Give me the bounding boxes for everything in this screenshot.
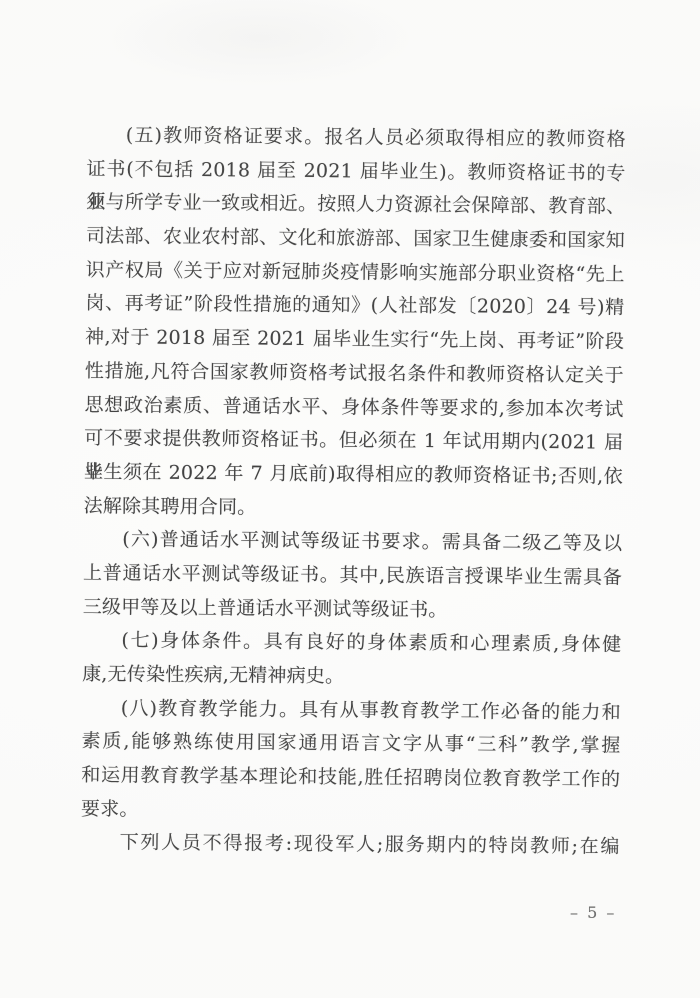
text-line: 康,无传染性疾病,无精神病史。	[82, 658, 621, 696]
text-line: 司法部、农业农村部、文化和旅游部、国家卫生健康委和国家知	[86, 220, 625, 258]
text-line: 须与所学专业一致或相近。按照人力资源社会保障部、教育部、	[86, 186, 625, 224]
text-line: (七)身体条件。具有良好的身体素质和心理素质,身体健	[82, 624, 621, 662]
page-number: – 5 –	[570, 903, 616, 922]
text-line: 证书(不包括 2018 届至 2021 届毕业生)。教师资格证书的专业	[86, 153, 625, 191]
text-line: 性措施,凡符合国家教师资格考试报名条件和教师资格认定关于	[85, 355, 624, 393]
text-line: (六)普通话水平测试等级证书要求。需具备二级乙等及以	[83, 523, 622, 561]
text-line: 下列人员不得报考:现役军人;服务期内的特岗教师;在编	[81, 826, 620, 864]
text-line: 识产权局《关于应对新冠肺炎疫情影响实施部分职业资格“先上	[86, 254, 625, 292]
text-line: 法解除其聘用合同。	[83, 490, 622, 528]
text-line: 思想政治素质、普通话水平、身体条件等要求的,参加本次考试	[84, 388, 623, 426]
text-line: 业生须在 2022 年 7 月底前)取得相应的教师资格证书;否则,依	[84, 456, 623, 494]
text-line: (八)教育教学能力。具有从事教育教学工作必备的能力和	[82, 692, 621, 730]
document-body: (五)教师资格证要求。报名人员必须取得相应的教师资格证书(不包括 2018 届至…	[81, 119, 626, 865]
text-line: 岗、再考证”阶段性措施的通知》(人社部发〔2020〕24 号)精	[85, 287, 624, 325]
text-line: 要求。	[81, 793, 620, 831]
text-line: 可不要求提供教师资格证书。但必须在 1 年试用期内(2021 届毕	[84, 422, 623, 460]
text-line: 神,对于 2018 届至 2021 届毕业生实行“先上岗、再考证”阶段	[85, 321, 624, 359]
text-line: 素质,能够熟练使用国家通用语言文字从事“三科”教学,掌握	[81, 725, 620, 763]
text-line: 三级甲等及以上普通话水平测试等级证书。	[83, 591, 622, 629]
text-line: 上普通话水平测试等级证书。其中,民族语言授课毕业生需具备	[83, 557, 622, 595]
text-line: 和运用教育教学基本理论和技能,胜任招聘岗位教育教学工作的	[81, 759, 620, 797]
text-line: (五)教师资格证要求。报名人员必须取得相应的教师资格	[87, 119, 626, 157]
document-page: (五)教师资格证要求。报名人员必须取得相应的教师资格证书(不包括 2018 届至…	[0, 0, 700, 998]
